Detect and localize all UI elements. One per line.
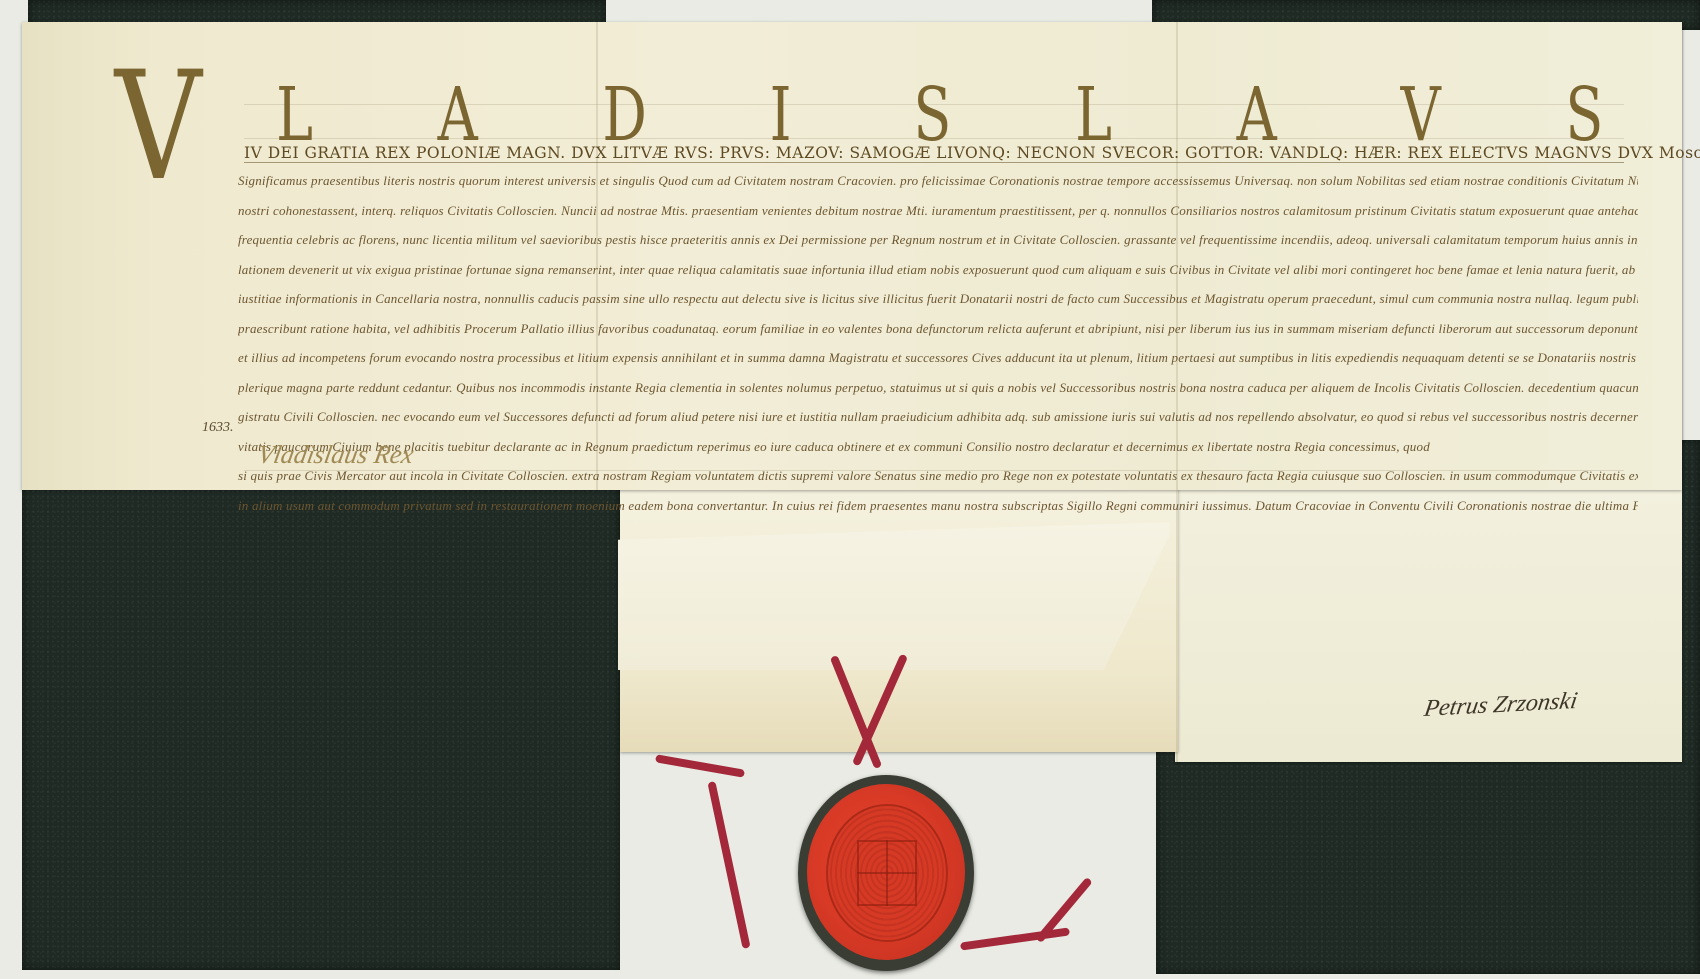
text-line: frequentia celebris ac florens, nunc lic… <box>238 225 1638 255</box>
royal-titles-line: IV DEI GRATIA REX POLONIÆ MAGN. DVX LITV… <box>244 144 1624 163</box>
text-line: Significamus praesentibus literis nostri… <box>238 166 1638 196</box>
title-name-letters: L A D I S L A V S <box>270 78 1610 152</box>
title-letter: S <box>913 78 951 152</box>
charter-body-text: Significamus praesentibus literis nostri… <box>238 166 1638 520</box>
text-line: nostri cohonestassent, interq. reliquos … <box>238 196 1638 226</box>
foam-support-left <box>22 480 620 970</box>
title-letter: L <box>276 78 313 152</box>
title-letter: L <box>1075 78 1112 152</box>
title-letter: V <box>1401 78 1441 152</box>
text-line: plerique magna parte reddunt cedantur. Q… <box>238 373 1638 403</box>
text-line: et illius ad incompetens forum evocando … <box>238 343 1638 373</box>
title-letter: D <box>603 78 648 152</box>
text-line: in alium usum aut commodum privatum sed … <box>238 491 1638 521</box>
decorative-initial: V <box>115 52 202 202</box>
text-line: praescribunt ratione habita, vel adhibit… <box>238 314 1638 344</box>
coat-of-arms-icon <box>857 840 917 906</box>
text-line: iustitiae informationis in Cancellaria n… <box>238 284 1638 314</box>
text-line: vitatis paucorum Ciuium bene placitis tu… <box>238 432 1638 462</box>
seal-cord-end <box>707 781 750 949</box>
title-letter: I <box>770 78 792 152</box>
text-line: si quis prae Civis Mercator aut incola i… <box>238 461 1638 491</box>
seal-cord-end <box>960 927 1070 950</box>
text-line: gistratu Civili Colloscien. nec evocando… <box>238 402 1638 432</box>
title-letter: S <box>1566 78 1604 152</box>
title-letter: A <box>1236 78 1276 152</box>
title-letter: A <box>437 78 477 152</box>
text-line: lationem devenerit ut vix exigua pristin… <box>238 255 1638 285</box>
plica-fold-flap <box>618 522 1170 670</box>
seal-cord-end <box>655 754 745 778</box>
year-annotation: 1633. <box>202 420 234 436</box>
king-signature: Vladislaus Rex <box>255 440 416 470</box>
